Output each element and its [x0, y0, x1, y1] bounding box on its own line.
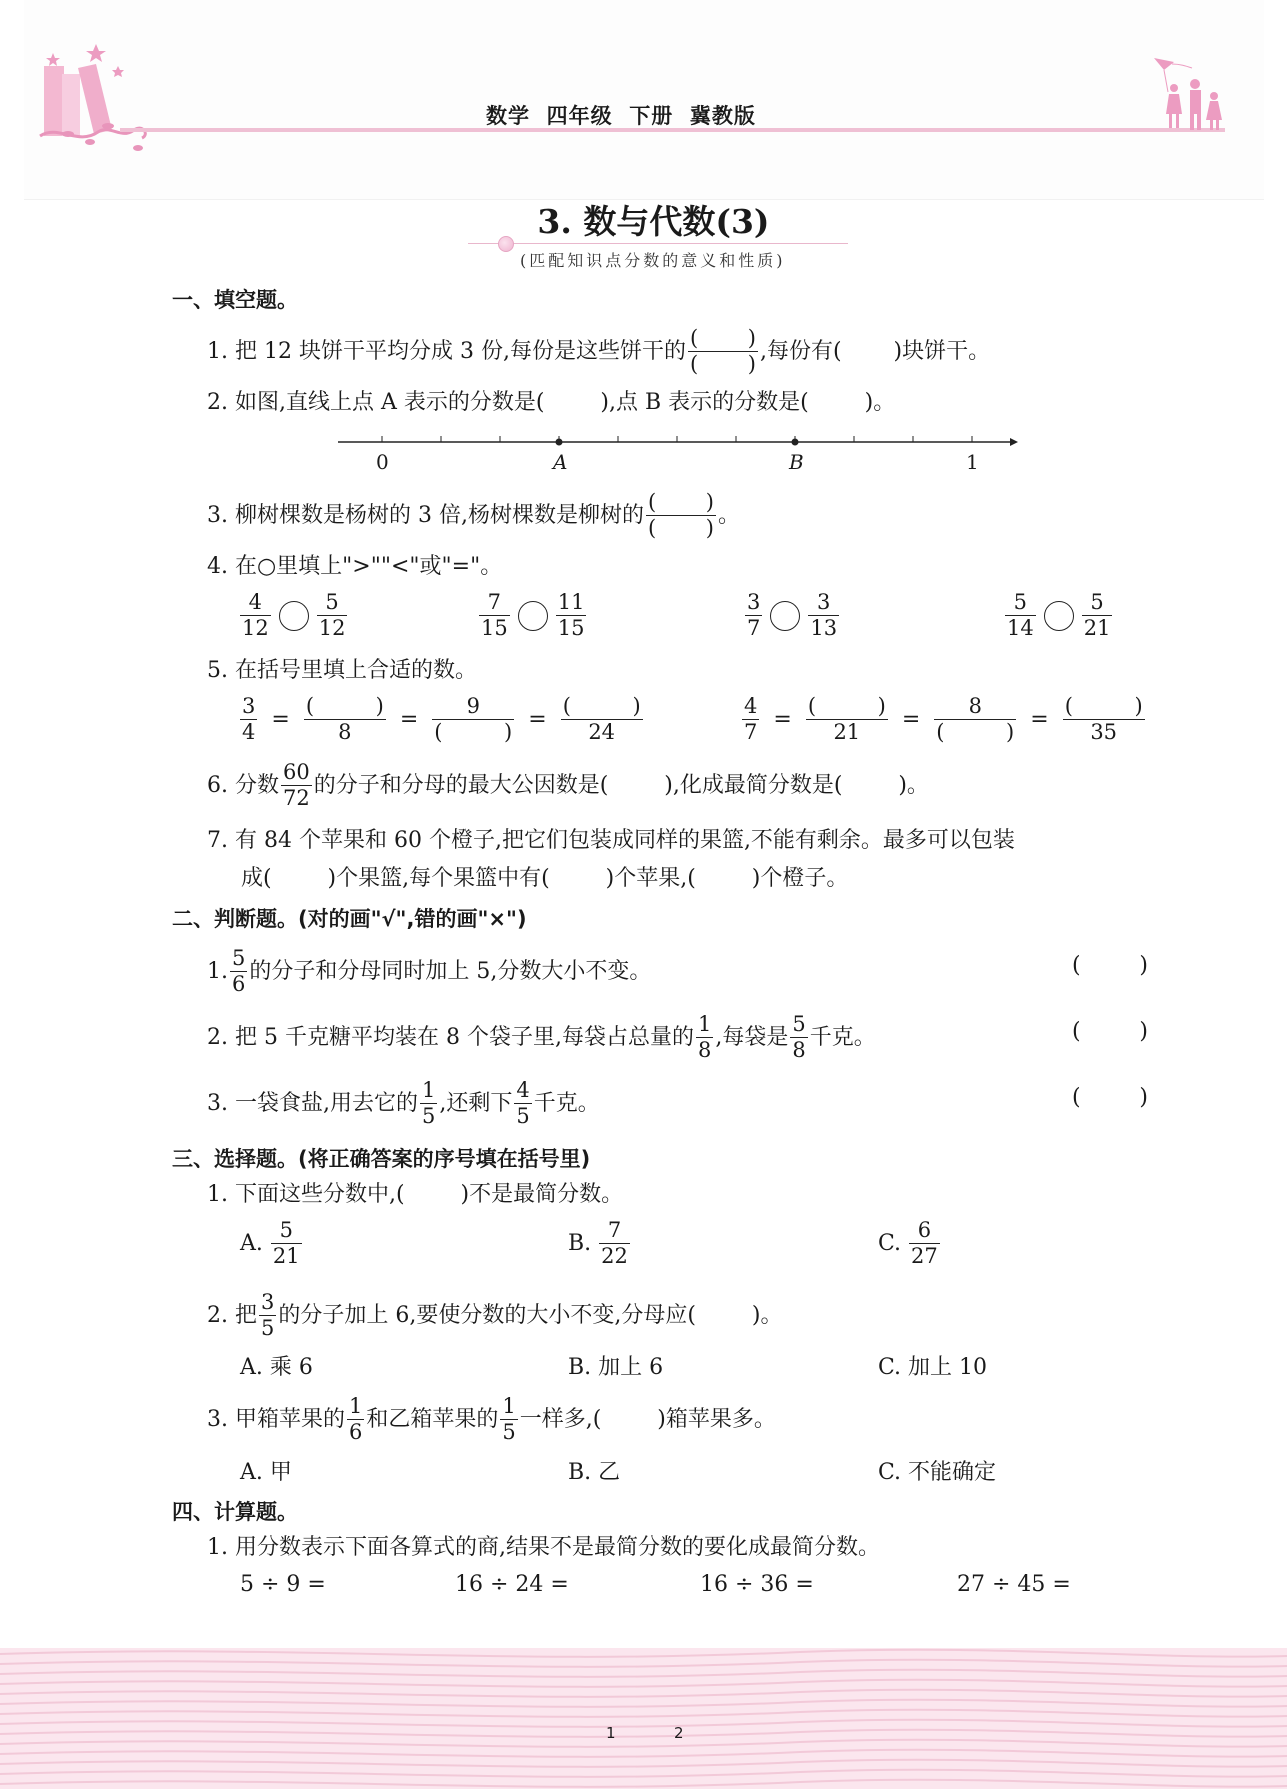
numerator: 4 [247, 592, 264, 615]
s3-q2-option-a[interactable]: A. 乘 6 [240, 1350, 313, 1381]
denominator: 8 [304, 719, 386, 743]
fraction-blank-numerator[interactable]: ()35 [1063, 696, 1145, 743]
s1-question-4: 4. 在○里填上">""<"或"="。 [207, 552, 502, 582]
s2-q1-text: 的分子和分母同时加上 5,分数大小不变。 [249, 957, 651, 987]
s1-q1-prefix: 1. 把 12 块饼干平均分成 3 份,每份是这些饼干的 [207, 337, 686, 367]
division-expression-4: 27 ÷ 45 = [957, 1572, 1071, 1597]
option-label: A. [240, 1231, 263, 1256]
compare-pair-3: 37 313 [743, 592, 841, 639]
paren-left: ( [306, 696, 314, 717]
denominator: 4 [240, 719, 257, 743]
division-expression-1: 5 ÷ 9 = [240, 1572, 326, 1597]
paren-right: ) [706, 492, 714, 513]
s3-q3-option-a[interactable]: A. 甲 [240, 1455, 292, 1486]
equals-sign: = [400, 707, 418, 732]
s3-question-1: 1. 下面这些分数中,( )不是最简分数。 [207, 1180, 623, 1210]
title-rule [468, 243, 848, 244]
denominator: 5 [259, 1315, 276, 1339]
paren-right: ) [1139, 1019, 1148, 1044]
equals-sign: = [902, 707, 920, 732]
paren-left: ( [936, 722, 944, 743]
denominator: 72 [281, 785, 312, 809]
s1-q1-fraction-blank[interactable]: () () [688, 328, 758, 375]
wave-pattern-icon [0, 1648, 1287, 1789]
paren-right: ) [1006, 722, 1014, 743]
s3-q2-prefix: 2. 把 [207, 1301, 257, 1331]
numerator: 3 [259, 1292, 276, 1315]
fraction-blank-numerator[interactable]: ()24 [561, 696, 643, 743]
denominator: 12 [317, 615, 348, 639]
s1-question-5: 5. 在括号里填上合适的数。 [207, 656, 477, 686]
s1-q1-suffix: )块饼干。 [894, 337, 991, 367]
equals-sign: = [528, 707, 546, 732]
compare-circle-blank[interactable] [1044, 601, 1074, 631]
s3-q2-option-b[interactable]: B. 加上 6 [568, 1350, 663, 1381]
chapter-subtitle: (匹配知识点分数的意义和性质) [520, 248, 786, 271]
numerator: 5 [230, 948, 247, 971]
paren-left: ( [563, 696, 571, 717]
fraction-blank-denominator[interactable]: 8() [934, 696, 1016, 743]
s2-q2-suffix: 千克。 [810, 1023, 876, 1053]
chapter-title-text: 3. 数与代数(3) [517, 202, 769, 241]
paren-left: ( [1072, 1019, 1081, 1044]
paren-left: ( [690, 354, 698, 375]
equals-sign: = [1030, 707, 1048, 732]
paren-right: ) [878, 696, 886, 717]
numerator: 5 [278, 1220, 295, 1243]
s1-q3-fraction-blank[interactable]: () () [646, 492, 716, 539]
paren-right: ) [1139, 953, 1148, 978]
paren-right: ) [1139, 1085, 1148, 1110]
s3-q3-mid: 和乙箱苹果的 [366, 1405, 498, 1435]
s2-question-3: 3. 一袋食盐,用去它的 15 ,还剩下 45 千克。 [207, 1080, 600, 1127]
equals-sign: = [773, 707, 791, 732]
paren-right: ) [748, 354, 756, 375]
header-title: 数学 四年级 下册 冀教版 [486, 100, 756, 130]
numerator: 3 [745, 592, 762, 615]
s1-q1-mid: ,每份有( [760, 337, 842, 367]
equivalence-chain-2: 47 = ()21 = 8() = ()35 [740, 696, 1147, 743]
s1-question-7-line-1: 7. 有 84 个苹果和 60 个橙子,把它们包装成同样的果篮,不能有剩余。最多… [207, 826, 1015, 856]
denominator: 27 [909, 1243, 940, 1267]
s1-question-2: 2. 如图,直线上点 A 表示的分数是( ),点 B 表示的分数是( )。 [207, 388, 895, 418]
s3-q2-suffix: 的分子加上 6,要使分数的大小不变,分母应( )。 [278, 1301, 782, 1331]
books-and-stars-icon [38, 38, 158, 153]
point-b-marker [792, 439, 799, 446]
s3-q3-option-c[interactable]: C. 不能确定 [878, 1455, 996, 1486]
paren-left: ( [648, 492, 656, 513]
denominator: 8 [790, 1037, 807, 1061]
page-footer [0, 1648, 1287, 1789]
numerator: 1 [347, 1396, 364, 1419]
s2-q2-answer-blank[interactable]: () [1072, 1019, 1148, 1044]
numerator: 9 [432, 696, 514, 719]
denominator: 8 [696, 1037, 713, 1061]
section-heading-fill-in: 一、填空题。 [172, 284, 298, 314]
title-dot-icon [498, 236, 514, 252]
s1-question-6: 6. 分数 6072 的分子和分母的最大公因数是( ),化成最简分数是( )。 [207, 762, 929, 809]
s1-q6-prefix: 6. 分数 [207, 771, 279, 801]
s3-question-3: 3. 甲箱苹果的 16 和乙箱苹果的 15 一样多,( )箱苹果多。 [207, 1396, 776, 1443]
numerator: 3 [815, 592, 832, 615]
numerator: 5 [790, 1014, 807, 1037]
numerator: 3 [240, 696, 257, 719]
question-number: 1. [207, 957, 228, 987]
s2-q3-suffix: 千克。 [534, 1089, 600, 1119]
s3-q3-prefix: 3. 甲箱苹果的 [207, 1405, 345, 1435]
numerator: 1 [696, 1014, 713, 1037]
s2-q2-mid: ,每袋是 [715, 1023, 788, 1053]
numerator: 7 [486, 592, 503, 615]
numerator: 11 [556, 592, 587, 615]
option-label: C. [878, 1231, 901, 1256]
compare-pair-1: 412 512 [238, 592, 349, 639]
s3-q1-option-c[interactable]: C. 627 [878, 1220, 942, 1267]
s1-question-1: 1. 把 12 块饼干平均分成 3 份,每份是这些饼干的 () () ,每份有(… [207, 328, 990, 375]
kids-with-kite-icon [1150, 52, 1230, 132]
division-expression-2: 16 ÷ 24 = [455, 1572, 569, 1597]
s1-q3-suffix: 。 [718, 501, 740, 531]
numberline-label-1: 1 [966, 450, 979, 474]
denominator: 5 [514, 1103, 531, 1127]
s2-question-1: 1. 56 的分子和分母同时加上 5,分数大小不变。 [207, 948, 651, 995]
s4-question-1: 1. 用分数表示下面各算式的商,结果不是最简分数的要化成最简分数。 [207, 1533, 880, 1563]
numerator: 7 [606, 1220, 623, 1243]
paren-left: ( [434, 722, 442, 743]
compare-circle-blank[interactable] [770, 601, 800, 631]
chapter-title: 3. 数与代数(3) [0, 196, 1287, 243]
s1-q3-prefix: 3. 柳树棵数是杨树的 3 倍,杨树棵数是柳树的 [207, 501, 644, 531]
denominator: 22 [599, 1243, 630, 1267]
s3-q3-suffix: 一样多,( )箱苹果多。 [520, 1405, 776, 1435]
equals-sign: = [271, 707, 289, 732]
paren-right: ) [1134, 696, 1142, 717]
paren-left: ( [1065, 696, 1073, 717]
denominator: 12 [240, 615, 271, 639]
point-a-marker [556, 439, 563, 446]
paren-left: ( [648, 518, 656, 539]
numerator: 6 [916, 1220, 933, 1243]
paren-left: ( [808, 696, 816, 717]
paren-left: ( [1072, 1085, 1081, 1110]
fraction-blank-numerator[interactable]: ()21 [806, 696, 888, 743]
denominator: 7 [745, 615, 762, 639]
s2-q3-answer-blank[interactable]: () [1072, 1085, 1148, 1110]
option-label: B. [568, 1231, 591, 1256]
section-heading-multiple-choice: 三、选择题。(将正确答案的序号填在括号里) [172, 1143, 590, 1173]
s3-q1-option-b[interactable]: B. 722 [568, 1220, 632, 1267]
s2-question-2: 2. 把 5 千克糖平均装在 8 个袋子里,每袋占总量的 18 ,每袋是 58 … [207, 1014, 876, 1061]
s3-q3-option-b[interactable]: B. 乙 [568, 1455, 620, 1486]
paren-right: ) [706, 518, 714, 539]
numberline-label-a: A [553, 450, 567, 474]
s2-q2-prefix: 2. 把 5 千克糖平均装在 8 个袋子里,每袋占总量的 [207, 1023, 694, 1053]
fraction-blank-numerator[interactable]: ()8 [304, 696, 386, 743]
denominator: 21 [1082, 615, 1113, 639]
numerator: 4 [514, 1080, 531, 1103]
denominator: 24 [561, 719, 643, 743]
numerator: 5 [1012, 592, 1029, 615]
paren-right: ) [504, 722, 512, 743]
numerator: 1 [500, 1396, 517, 1419]
number-line [338, 430, 1018, 480]
numerator: 5 [323, 592, 340, 615]
denominator: 21 [806, 719, 888, 743]
numberline-label-b: B [789, 450, 804, 474]
page-number-left: 1 [606, 1724, 616, 1742]
page-number-right: 2 [674, 1724, 684, 1742]
denominator: 6 [230, 971, 247, 995]
s2-q3-mid: ,还剩下 [439, 1089, 512, 1119]
s3-q1-option-a[interactable]: A. 521 [240, 1220, 304, 1267]
compare-circle-blank[interactable] [279, 601, 309, 631]
division-expression-3: 16 ÷ 36 = [700, 1572, 814, 1597]
s3-q2-option-c[interactable]: C. 加上 10 [878, 1350, 987, 1381]
s1-question-3: 3. 柳树棵数是杨树的 3 倍,杨树棵数是柳树的 () () 。 [207, 492, 740, 539]
compare-pair-2: 715 1115 [477, 592, 588, 639]
denominator: 21 [271, 1243, 302, 1267]
numerator: 60 [281, 762, 312, 785]
numberline-label-0: 0 [376, 450, 389, 474]
section-heading-true-false: 二、判断题。(对的画"√",错的画"×") [172, 903, 527, 933]
denominator: 35 [1063, 719, 1145, 743]
denominator: 5 [500, 1419, 517, 1443]
paren-right: ) [376, 696, 384, 717]
denominator: 6 [347, 1419, 364, 1443]
s2-q3-prefix: 3. 一袋食盐,用去它的 [207, 1089, 418, 1119]
paren-left: ( [690, 328, 698, 349]
numerator: 5 [1088, 592, 1105, 615]
numerator: 4 [742, 696, 759, 719]
equivalence-chain-1: 34 = ()8 = 9() = ()24 [238, 696, 645, 743]
s3-question-2: 2. 把 35 的分子加上 6,要使分数的大小不变,分母应( )。 [207, 1292, 782, 1339]
section-heading-calculation: 四、计算题。 [172, 1496, 298, 1526]
paren-left: ( [1072, 953, 1081, 978]
denominator: 15 [479, 615, 510, 639]
paren-right: ) [748, 328, 756, 349]
s2-q1-answer-blank[interactable]: () [1072, 953, 1148, 978]
denominator: 15 [556, 615, 587, 639]
s1-q6-suffix: 的分子和分母的最大公因数是( ),化成最简分数是( )。 [314, 771, 929, 801]
denominator: 5 [420, 1103, 437, 1127]
s1-question-7-line-2: 成( )个果篮,每个果篮中有( )个苹果,( )个橙子。 [241, 864, 848, 894]
denominator: 13 [808, 615, 839, 639]
compare-pair-4: 514 521 [1003, 592, 1114, 639]
fraction-blank-denominator[interactable]: 9() [432, 696, 514, 743]
denominator: 14 [1005, 615, 1036, 639]
denominator: 7 [742, 719, 759, 743]
paren-right: ) [632, 696, 640, 717]
compare-circle-blank[interactable] [518, 601, 548, 631]
numerator: 8 [934, 696, 1016, 719]
numerator: 1 [420, 1080, 437, 1103]
